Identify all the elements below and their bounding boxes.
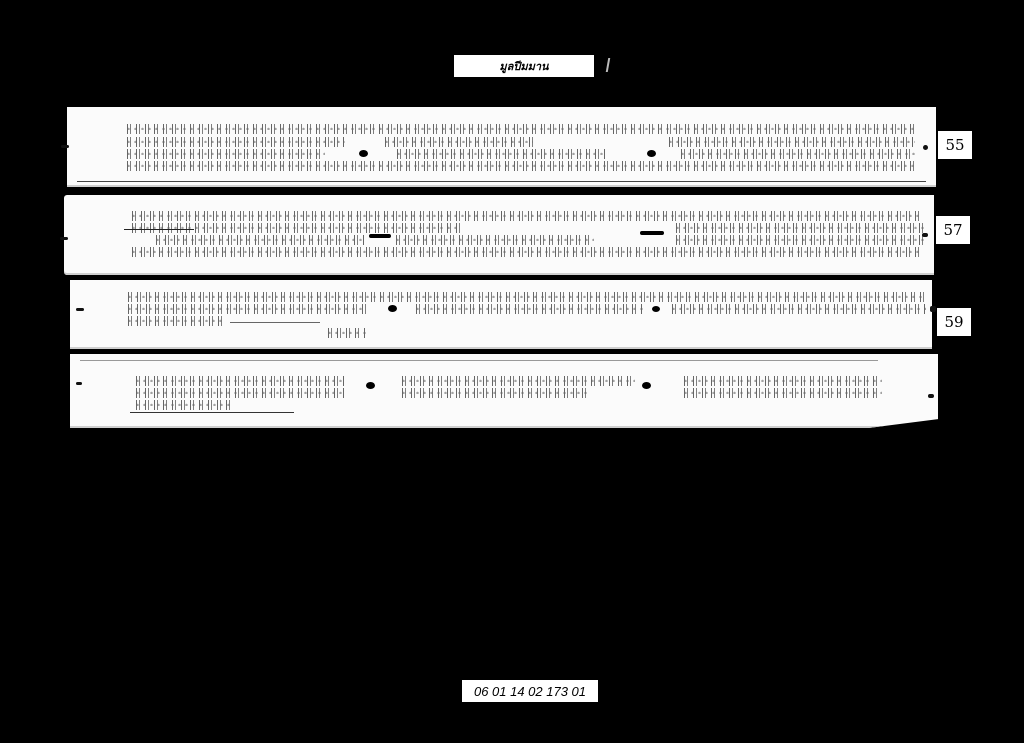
script-line-3a [125,149,325,159]
binding-hole [359,150,368,157]
palm-leaf-page-55 [67,107,936,187]
script-line-4 [130,247,920,257]
script-line-2b [383,137,533,147]
script-line-2a [125,137,345,147]
script-line-3c [679,149,915,159]
script-line-1 [126,292,926,302]
binding-hole [366,382,375,389]
manuscript-title-label: มูลปีมมาน [454,55,594,77]
flourish-line [230,322,320,323]
binding-hole [652,306,660,312]
leaf-top-rule [80,360,878,361]
binding-hole [642,382,651,389]
script-line-3 [126,316,226,326]
catalog-number-label: 06 01 14 02 173 01 [462,680,598,702]
colophon-word [326,328,366,338]
palm-leaf-page-59 [70,280,932,349]
script-line-1a [134,376,344,386]
script-line-4 [125,161,915,171]
script-line-2b [674,223,924,233]
script-line-3 [134,400,234,410]
script-line-2c [682,388,882,398]
strike-rule [124,229,194,230]
script-line-3a [154,235,364,245]
script-line-3b [395,149,605,159]
edge-dot [930,306,936,312]
script-line-3b [394,235,594,245]
script-line-2a [126,304,366,314]
script-line-2c [670,304,926,314]
script-line-1c [682,376,882,386]
script-line-2a [134,388,344,398]
script-line-1b [400,376,635,386]
edge-string-mark [76,382,82,385]
edge-dot [923,145,928,150]
script-line-1 [125,124,915,134]
binding-hole [647,150,656,157]
palm-leaf-page-61 [70,354,938,428]
script-line-2b [400,388,590,398]
leaf-number-55: 55 [938,131,972,159]
leaf-edge-rule [77,181,926,182]
binding-hole [640,231,664,235]
leaf-number-59: 59 [937,308,971,336]
underline-rule [130,412,294,413]
binding-hole [388,305,397,312]
script-line-1 [130,211,920,221]
palm-leaf-page-57 [64,195,934,275]
script-line-3c [674,235,924,245]
leaf-number-57: 57 [936,216,970,244]
edge-dot [928,394,934,398]
edge-string-mark [61,145,69,148]
script-line-2a [130,223,460,233]
script-line-2c [667,137,915,147]
edge-string-mark [60,237,68,240]
script-line-2b [414,304,644,314]
binding-hole [369,234,391,238]
edge-dot [922,233,928,237]
title-tick-mark [606,58,610,72]
edge-string-mark [76,308,84,311]
